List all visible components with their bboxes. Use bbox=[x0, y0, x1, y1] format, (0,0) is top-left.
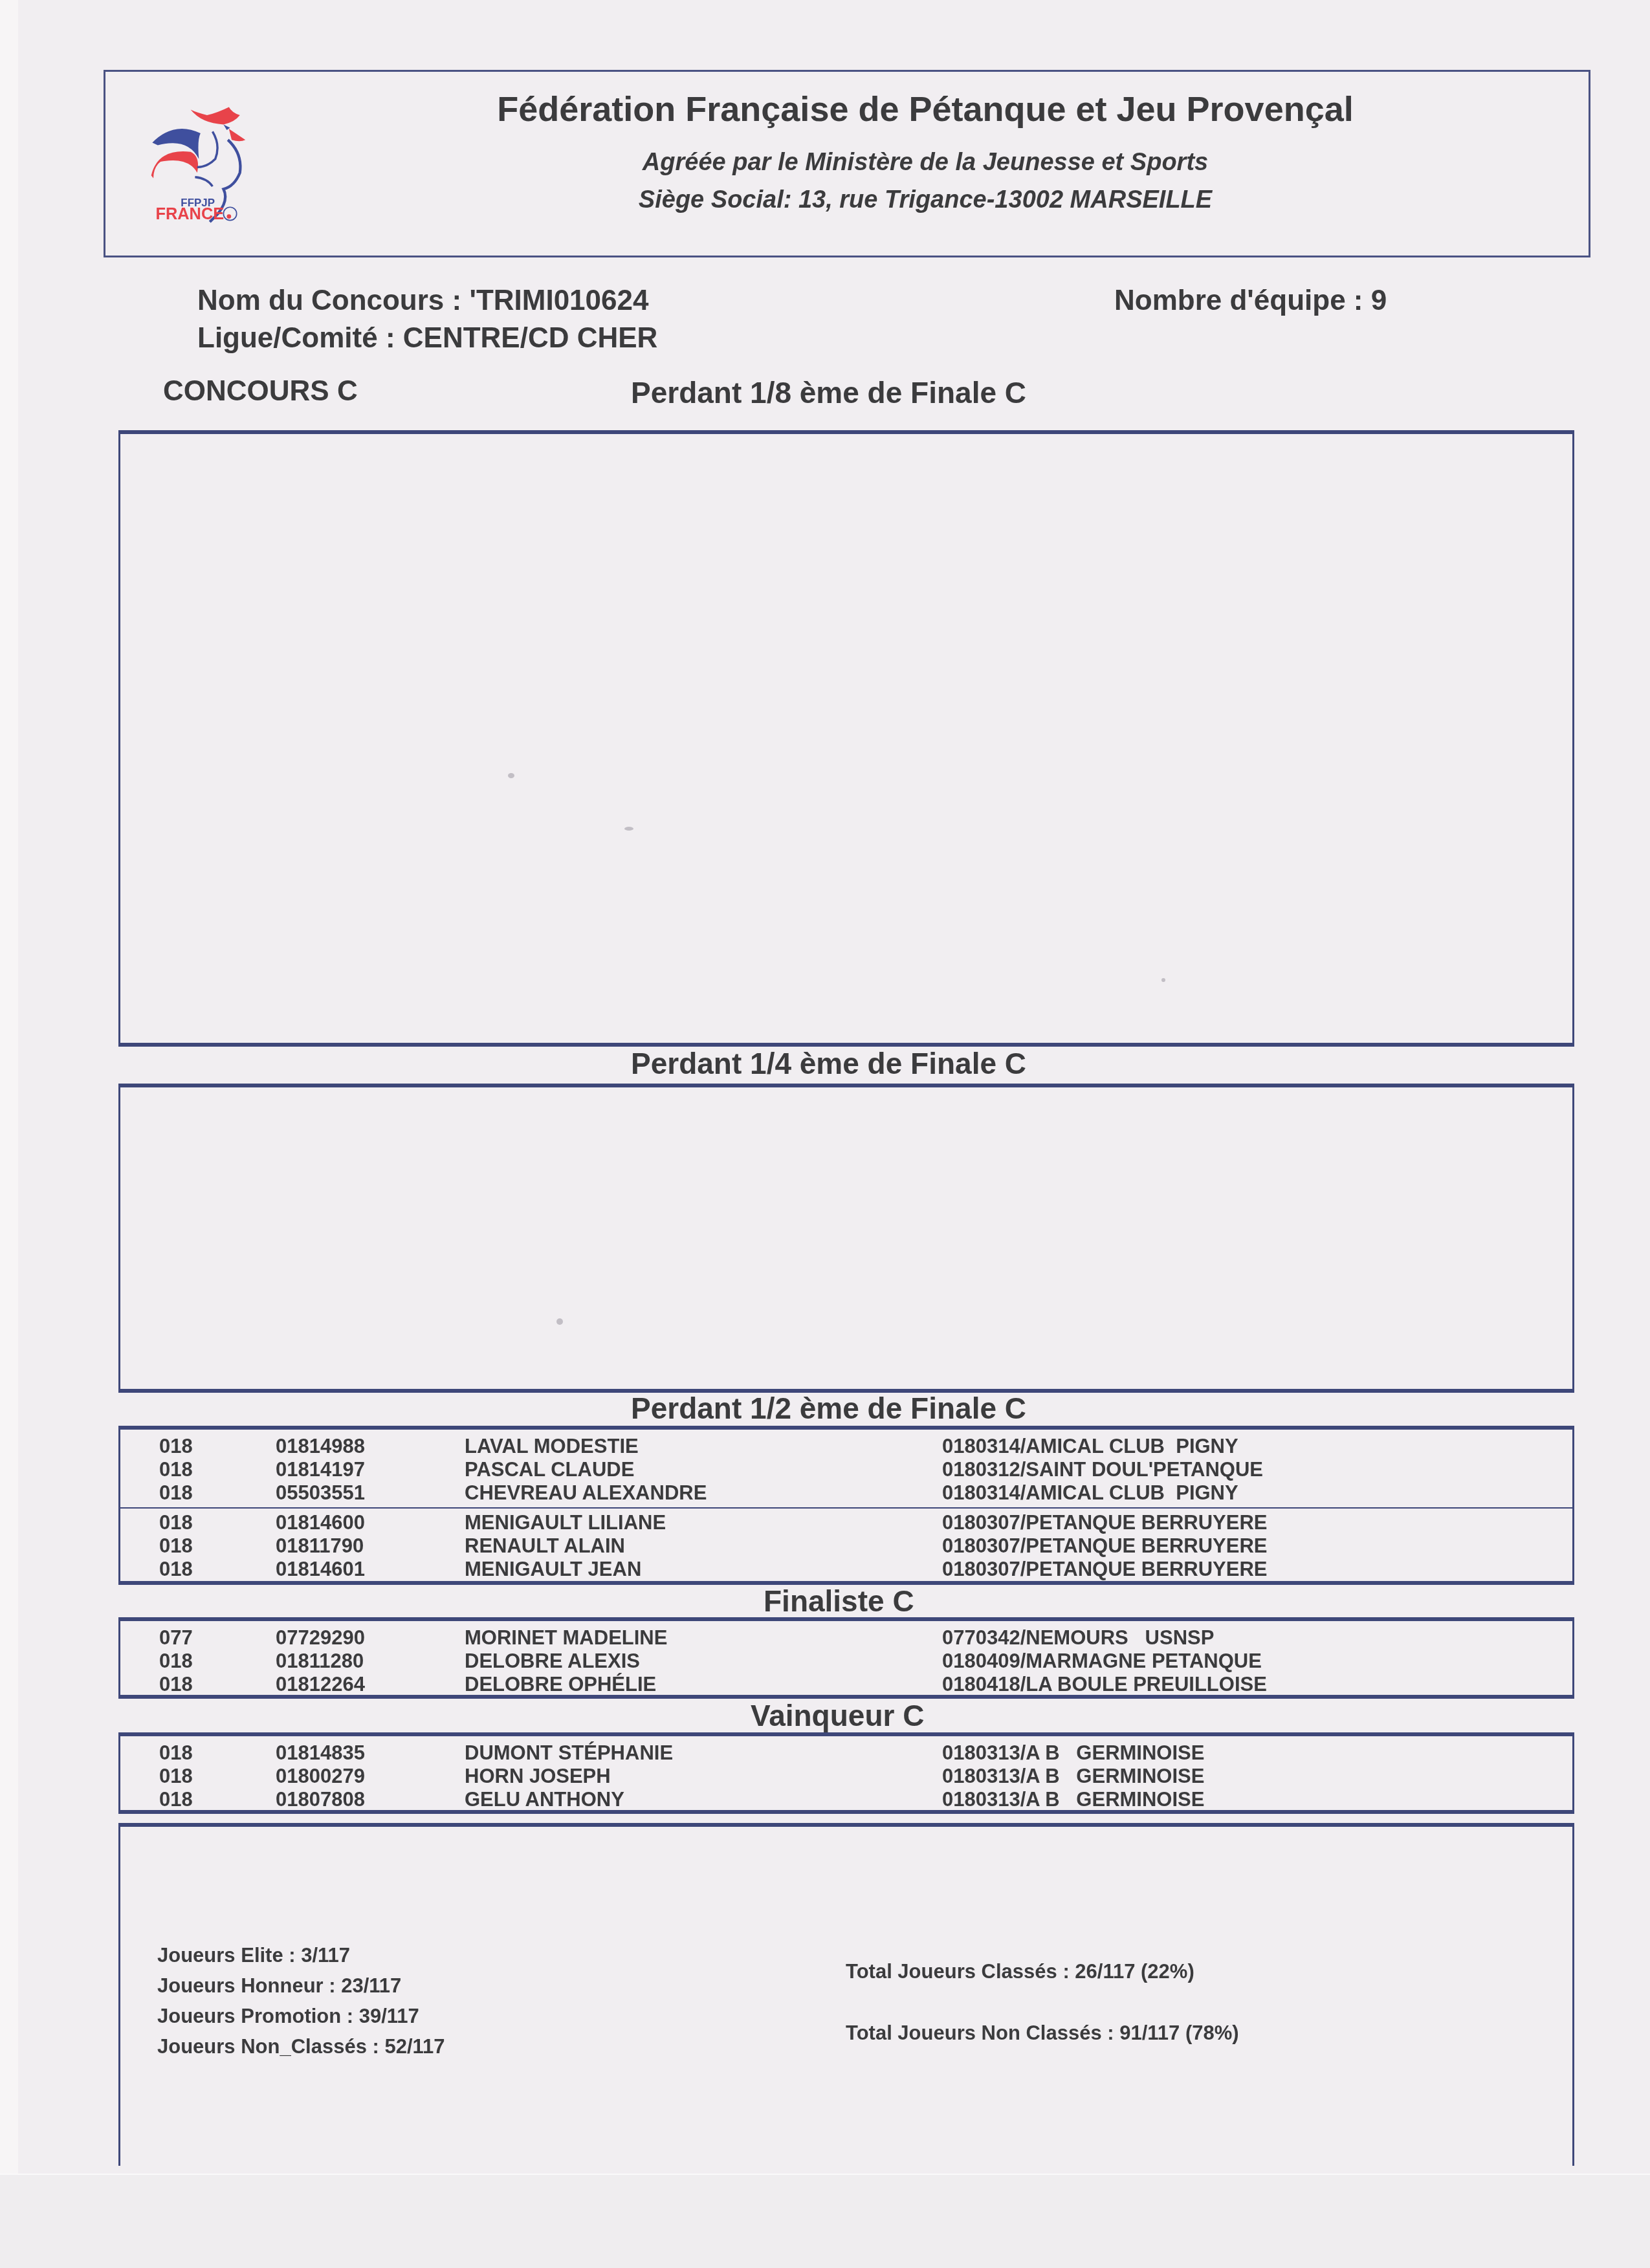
section-box-perdant-1-4 bbox=[118, 1084, 1574, 1393]
section-box-perdant-1-8 bbox=[118, 430, 1574, 1047]
concours-name: Nom du Concours : 'TRIMI010624 bbox=[197, 285, 648, 317]
stat-promotion: Joueurs Promotion : 39/117 bbox=[157, 2005, 419, 2028]
federation-title: Fédération Française de Pétanque et Jeu … bbox=[336, 89, 1514, 129]
ligue-comite: Ligue/Comité : CENTRE/CD CHER bbox=[197, 322, 657, 354]
ffpjp-rooster-logo-icon: FFPJP FRANCE bbox=[136, 91, 278, 233]
scan-speck bbox=[624, 827, 633, 831]
scan-edge bbox=[0, 0, 18, 2268]
section-title-finaliste: Finaliste C bbox=[764, 1584, 914, 1619]
section-box-perdant-1-2: 018 01814988 LAVAL MODESTIE 0180314/AMIC… bbox=[118, 1426, 1574, 1585]
stat-elite: Joueurs Elite : 3/117 bbox=[157, 1944, 350, 1967]
scan-speck bbox=[556, 1318, 563, 1325]
section-title-vainqueur: Vainqueur C bbox=[751, 1698, 924, 1733]
stat-total-classes: Total Joueurs Classés : 26/117 (22%) bbox=[846, 1960, 1194, 1983]
scan-speck bbox=[1161, 978, 1165, 982]
section-box-finaliste: 077 07729290 MORINET MADELINE 0770342/NE… bbox=[118, 1617, 1574, 1699]
concours-label: CONCOURS C bbox=[163, 375, 358, 408]
team-divider bbox=[120, 1507, 1572, 1509]
section-title-perdant-1-2: Perdant 1/2 ème de Finale C bbox=[631, 1391, 1026, 1426]
section-title-perdant-1-4: Perdant 1/4 ème de Finale C bbox=[631, 1046, 1026, 1081]
svg-text:FRANCE: FRANCE bbox=[155, 205, 224, 223]
section-title-perdant-1-8: Perdant 1/8 ème de Finale C bbox=[631, 375, 1026, 410]
scan-speck bbox=[508, 773, 514, 778]
stat-total-non-classes: Total Joueurs Non Classés : 91/117 (78%) bbox=[846, 2022, 1239, 2045]
stat-non-classes: Joueurs Non_Classés : 52/117 bbox=[157, 2035, 445, 2058]
stat-honneur: Joueurs Honneur : 23/117 bbox=[157, 1974, 401, 1998]
federation-address: Siège Social: 13, rue Trigance-13002 MAR… bbox=[336, 186, 1514, 214]
section-box-vainqueur: 018 01814835 DUMONT STÉPHANIE 0180313/A … bbox=[118, 1732, 1574, 1814]
nombre-equipe: Nombre d'équipe : 9 bbox=[1114, 285, 1387, 317]
document-page: FFPJP FRANCE Fédération Française de Pét… bbox=[0, 0, 1650, 2268]
scan-bottom-strip bbox=[0, 2174, 1650, 2268]
federation-approval: Agréée par le Ministère de la Jeunesse e… bbox=[336, 149, 1514, 177]
